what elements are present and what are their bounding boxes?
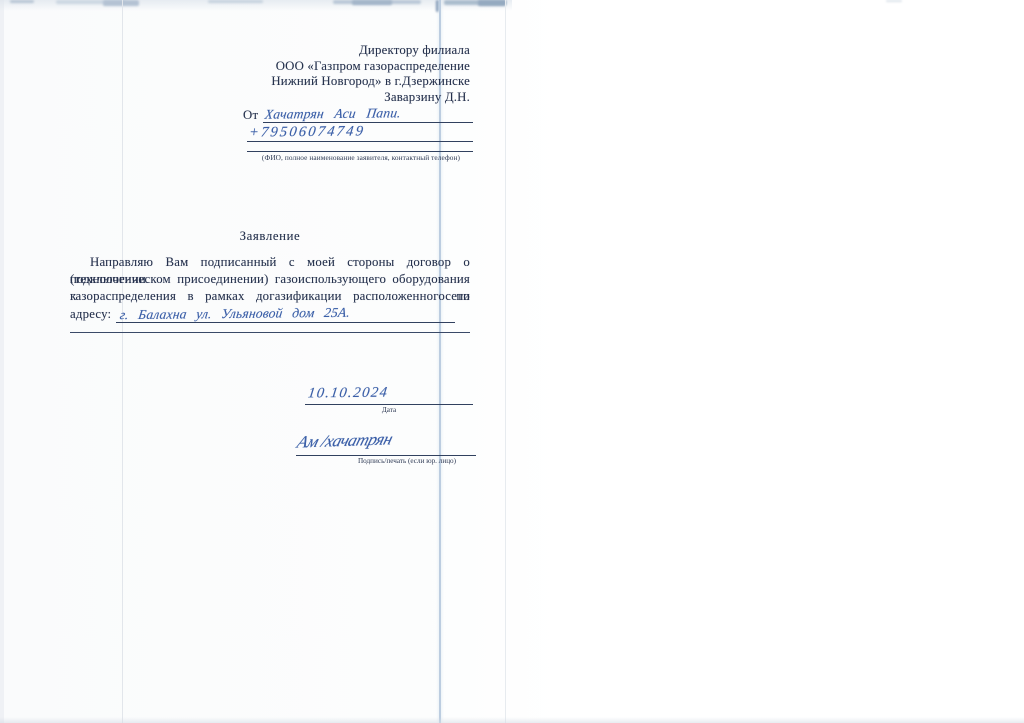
scan-smudge — [208, 0, 263, 3]
date-field-line — [305, 404, 473, 405]
applicant-phone-handwritten: +79506074749 — [246, 123, 366, 141]
recipient-address-block: Директору филиала ООО «Газпром газораспр… — [70, 43, 470, 105]
recipient-line: Директору филиала — [70, 43, 470, 59]
paper-fold-line-right — [505, 0, 506, 723]
recipient-line: Заварзину Д.Н. — [70, 90, 470, 106]
applicant-phone-field: +79506074749 — [247, 123, 473, 142]
scan-smudge — [478, 0, 506, 6]
signature-field-line — [296, 455, 476, 456]
signature-scrawl: Ам /хачатрян — [295, 429, 395, 452]
address-line: адресу: г. Балахна ул. Ульяновой дом 25А… — [70, 305, 455, 323]
applicant-name-handwritten: Хачатрян Аси Папи. — [262, 105, 402, 122]
address-handwritten: г. Балахна ул. Ульяновой дом 25А. — [115, 305, 351, 323]
applicant-from-line: От Хачатрян Аси Папи. — [243, 105, 473, 123]
applicant-name-field: Хачатрян Аси Папи. — [263, 106, 473, 123]
address-label: адресу: — [70, 306, 116, 323]
scan-smudge — [10, 0, 34, 3]
scan-smudge — [886, 0, 902, 2]
signature-caption: Подпись/печать (если юр. лицо) — [336, 457, 478, 465]
scan-smudge — [103, 0, 139, 6]
address-field: г. Балахна ул. Ульяновой дом 25А. — [116, 306, 455, 323]
applicant-blank-field — [247, 143, 473, 152]
scan-bottom-edge-shadow — [0, 717, 1024, 723]
scan-left-edge-shadow — [0, 0, 4, 723]
body-line-1: Направляю Вам подписанный с моей стороны… — [70, 254, 470, 271]
address-continuation-line — [70, 332, 470, 333]
paper-fold-line-left — [122, 0, 123, 723]
recipient-line: Нижний Новгород» в г.Дзержинске — [70, 74, 470, 90]
scanned-application-page: Директору филиала ООО «Газпром газораспр… — [0, 0, 1024, 723]
document-title: Заявление — [70, 229, 470, 244]
date-handwritten: 10.10.2024 — [307, 385, 390, 403]
applicant-field-caption: (ФИО, полное наименование заявителя, кон… — [245, 153, 477, 162]
date-caption: Дата — [305, 406, 473, 414]
body-line-2: (технологическом присоединении) газоиспо… — [70, 271, 470, 288]
body-line-3: газораспределения в рамках догазификации… — [70, 288, 470, 305]
recipient-line: ООО «Газпром газораспределение — [70, 59, 470, 75]
from-label: От — [243, 107, 263, 123]
scan-smudge — [352, 0, 392, 5]
